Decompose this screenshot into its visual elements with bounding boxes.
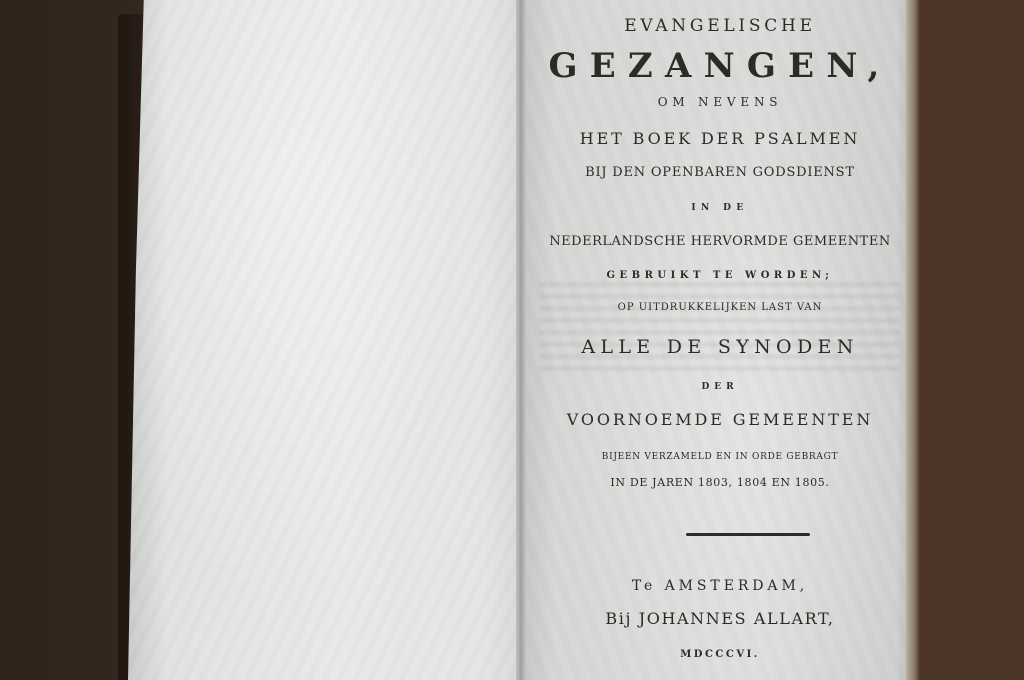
title-line-verzameld: BIJEEN VERZAMELD EN IN ORDE GEBRAGT [524,452,916,462]
imprint-place: Te AMSTERDAM, [524,578,916,594]
title-line-gemeenten: NEDERLANDSCHE HERVORMDE GEMEENTEN [524,234,916,249]
blank-left-page [128,0,522,680]
title-line-om-nevens: OM NEVENS [524,95,916,109]
imprint-year: MDCCCVI. [524,649,916,660]
title-line-jaren: IN DE JAREN 1803, 1804 EN 1805. [524,476,916,489]
divider-rule [686,533,810,536]
title-line-gezangen: GEZANGEN, [524,46,916,86]
title-line-last-van: OP UITDRUKKELIJKEN LAST VAN [524,302,916,313]
imprint-publisher: Bij JOHANNES ALLART, [524,609,916,628]
title-line-psalmen: HET BOEK DER PSALMEN [524,129,916,148]
title-line-godsdienst: BIJ DEN OPENBAREN GODSDIENST [524,165,916,180]
title-line-in-de: IN DE [524,203,916,213]
title-line-voornoemde: VOORNOEMDE GEMEENTEN [524,410,916,429]
bleed-through-text [540,282,900,372]
title-line-synoden: ALLE DE SYNODEN [524,336,916,358]
book-photo: EVANGELISCHE GEZANGEN, OM NEVENS HET BOE… [0,0,1024,680]
title-line-gebruikt: GEBRUIKT TE WORDEN; [524,270,916,281]
title-line-der: DER [524,382,916,392]
title-line-evangelische: EVANGELISCHE [524,16,916,36]
